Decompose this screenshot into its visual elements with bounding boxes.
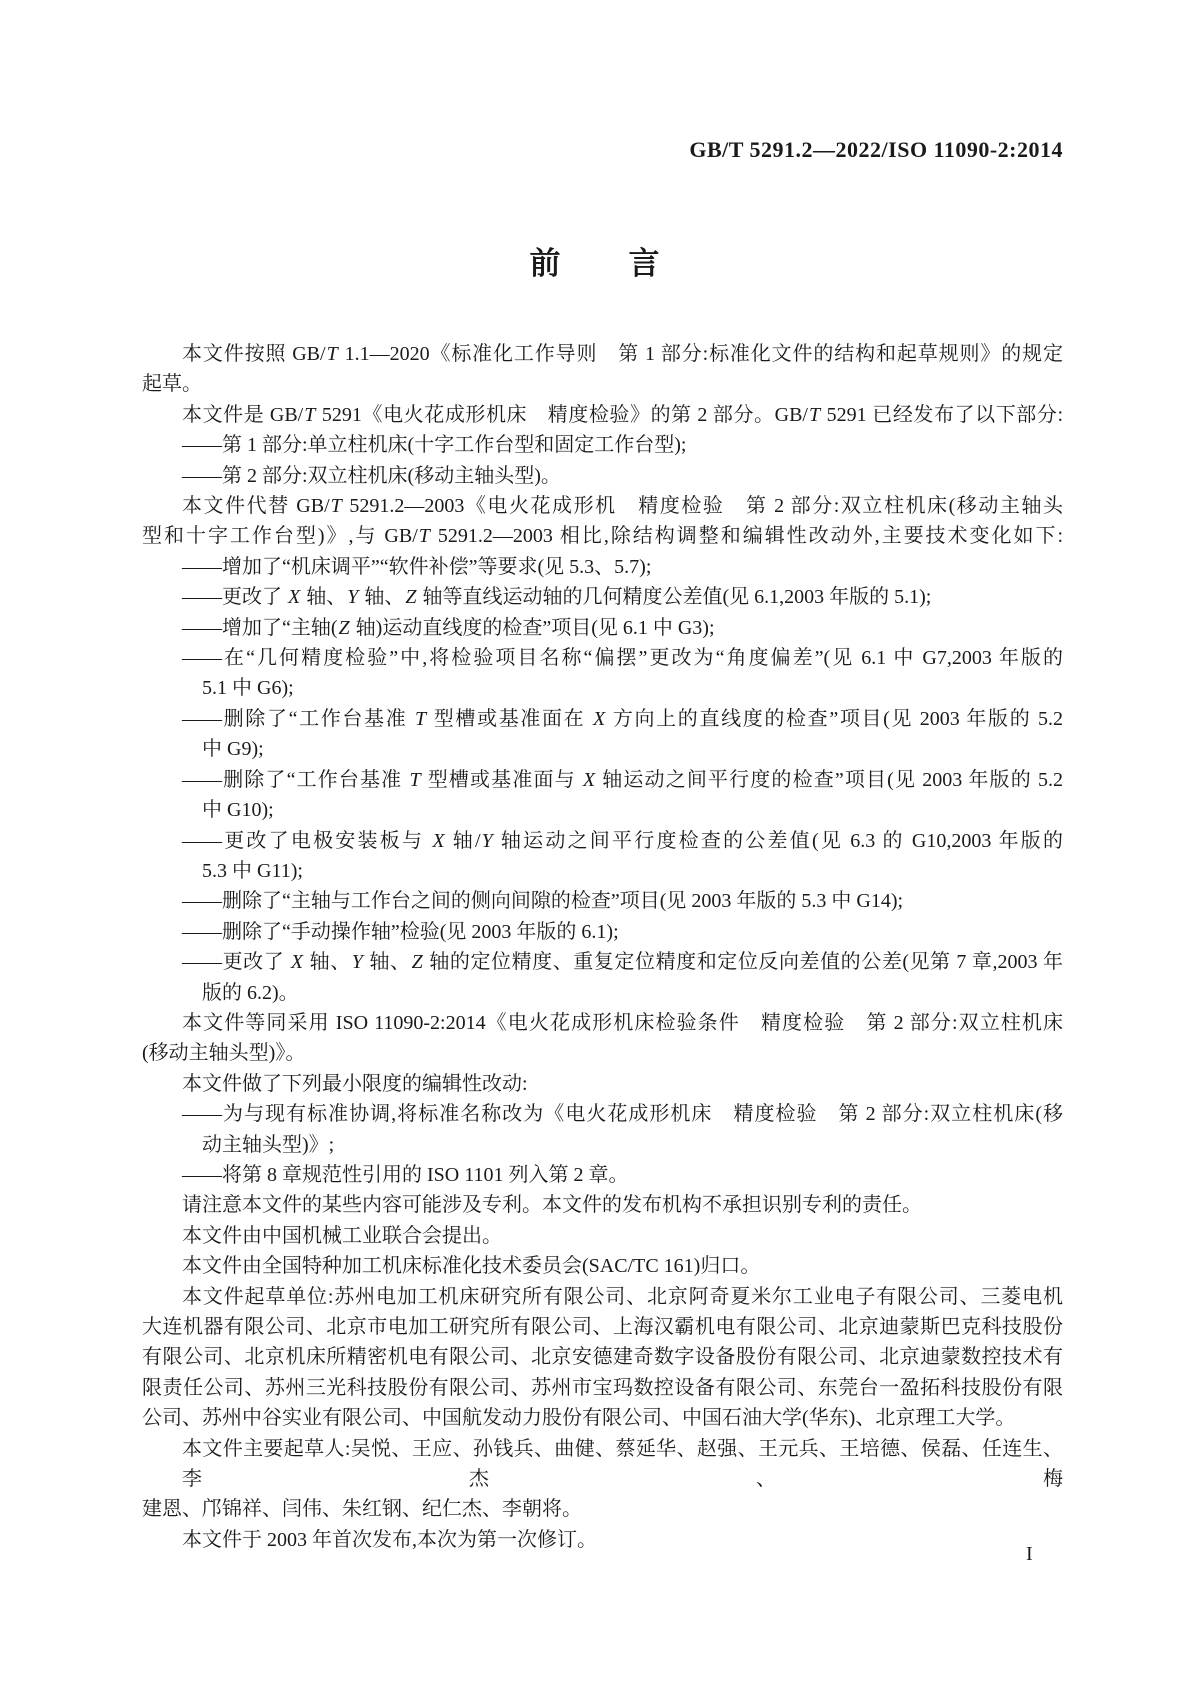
text-line: ——删除了“工作台基准 T 型槽或基准面与 X 轴运动之间平行度的检查”项目(见… [182, 765, 1063, 795]
text-line: ——删除了“工作台基准 T 型槽或基准面在 X 方向上的直线度的检查”项目(见 … [182, 704, 1063, 734]
text-line: 型和十字工作台型)》,与 GB/T 5291.2—2003 相比,除结构调整和编… [142, 521, 1063, 551]
text-line: 大连机器有限公司、北京市电加工研究所有限公司、上海汉霸机电有限公司、北京迪蒙斯巴… [142, 1312, 1063, 1342]
text-line: 请注意本文件的某些内容可能涉及专利。本文件的发布机构不承担识别专利的责任。 [182, 1190, 1063, 1220]
standard-number: GB/T 5291.2—2022/ISO 11090-2:2014 [689, 137, 1063, 163]
text-line: 本文件代替 GB/T 5291.2—2003《电火花成形机 精度检验 第 2 部… [182, 491, 1063, 521]
text-line: 建恩、邝锦祥、闫伟、朱红钢、纪仁杰、李朝将。 [142, 1494, 1063, 1524]
text-line: 中 G10); [202, 795, 1063, 825]
text-line: 本文件按照 GB/T 1.1—2020《标准化工作导则 第 1 部分:标准化文件… [182, 339, 1063, 369]
text-line: 5.1 中 G6); [202, 673, 1063, 703]
page-number: I [1026, 1543, 1034, 1566]
text-line: ——将第 8 章规范性引用的 ISO 1101 列入第 2 章。 [182, 1160, 1063, 1190]
text-line: 5.3 中 G11); [202, 856, 1063, 886]
text-line: (移动主轴头型)》。 [142, 1038, 1063, 1068]
page-title: 前 言 [0, 238, 1191, 283]
text-line: 本文件是 GB/T 5291《电火花成形机床 精度检验》的第 2 部分。GB/T… [182, 400, 1063, 430]
document-page: GB/T 5291.2—2022/ISO 11090-2:2014 前 言 本文… [0, 0, 1191, 1684]
text-line: 本文件等同采用 ISO 11090-2:2014《电火花成形机床检验条件 精度检… [182, 1008, 1063, 1038]
text-line: 本文件由全国特种加工机床标准化技术委员会(SAC/TC 161)归口。 [182, 1251, 1063, 1281]
text-line: 限责任公司、苏州三光科技股份有限公司、苏州市宝玛数控设备有限公司、东莞台一盈拓科… [142, 1373, 1063, 1403]
text-line: 本文件由中国机械工业联合会提出。 [182, 1221, 1063, 1251]
text-line: 本文件做了下列最小限度的编辑性改动: [182, 1069, 1063, 1099]
text-line: 本文件于 2003 年首次发布,本次为第一次修订。 [182, 1525, 1063, 1555]
text-line: 本文件起草单位:苏州电加工机床研究所有限公司、北京阿奇夏米尔工业电子有限公司、三… [182, 1282, 1063, 1312]
text-line: ——更改了 X 轴、Y 轴、Z 轴的定位精度、重复定位精度和定位反向差值的公差(… [182, 947, 1063, 977]
text-line: ——删除了“手动操作轴”检验(见 2003 年版的 6.1); [182, 917, 1063, 947]
text-line: ——为与现有标准协调,将标准名称改为《电火花成形机床 精度检验 第 2 部分:双… [182, 1099, 1063, 1129]
text-line: ——第 2 部分:双立柱机床(移动主轴头型)。 [182, 461, 1063, 491]
text-line: ——在“几何精度检验”中,将检验项目名称“偏摆”更改为“角度偏差”(见 6.1 … [182, 643, 1063, 673]
text-line: 起草。 [142, 369, 1063, 399]
text-line: ——第 1 部分:单立柱机床(十字工作台型和固定工作台型); [182, 430, 1063, 460]
text-line: 有限公司、北京机床所精密机电有限公司、北京安德建奇数字设备股份有限公司、北京迪蒙… [142, 1342, 1063, 1372]
text-line: 版的 6.2)。 [202, 978, 1063, 1008]
foreword-body: 本文件按照 GB/T 1.1—2020《标准化工作导则 第 1 部分:标准化文件… [142, 339, 1063, 1555]
text-line: 本文件主要起草人:吴悦、王应、孙钱兵、曲健、蔡延华、赵强、王元兵、王培德、侯磊、… [182, 1434, 1063, 1495]
text-line: 动主轴头型)》; [202, 1130, 1063, 1160]
text-line: ——更改了电极安装板与 X 轴/Y 轴运动之间平行度检查的公差值(见 6.3 的… [182, 826, 1063, 856]
text-line: ——增加了“主轴(Z 轴)运动直线度的检查”项目(见 6.1 中 G3); [182, 613, 1063, 643]
text-line: ——更改了 X 轴、Y 轴、Z 轴等直线运动轴的几何精度公差值(见 6.1,20… [182, 582, 1063, 612]
text-line: 公司、苏州中谷实业有限公司、中国航发动力股份有限公司、中国石油大学(华东)、北京… [142, 1403, 1063, 1433]
text-line: ——增加了“机床调平”“软件补偿”等要求(见 5.3、5.7); [182, 552, 1063, 582]
text-line: ——删除了“主轴与工作台之间的侧向间隙的检查”项目(见 2003 年版的 5.3… [182, 886, 1063, 916]
text-line: 中 G9); [202, 734, 1063, 764]
